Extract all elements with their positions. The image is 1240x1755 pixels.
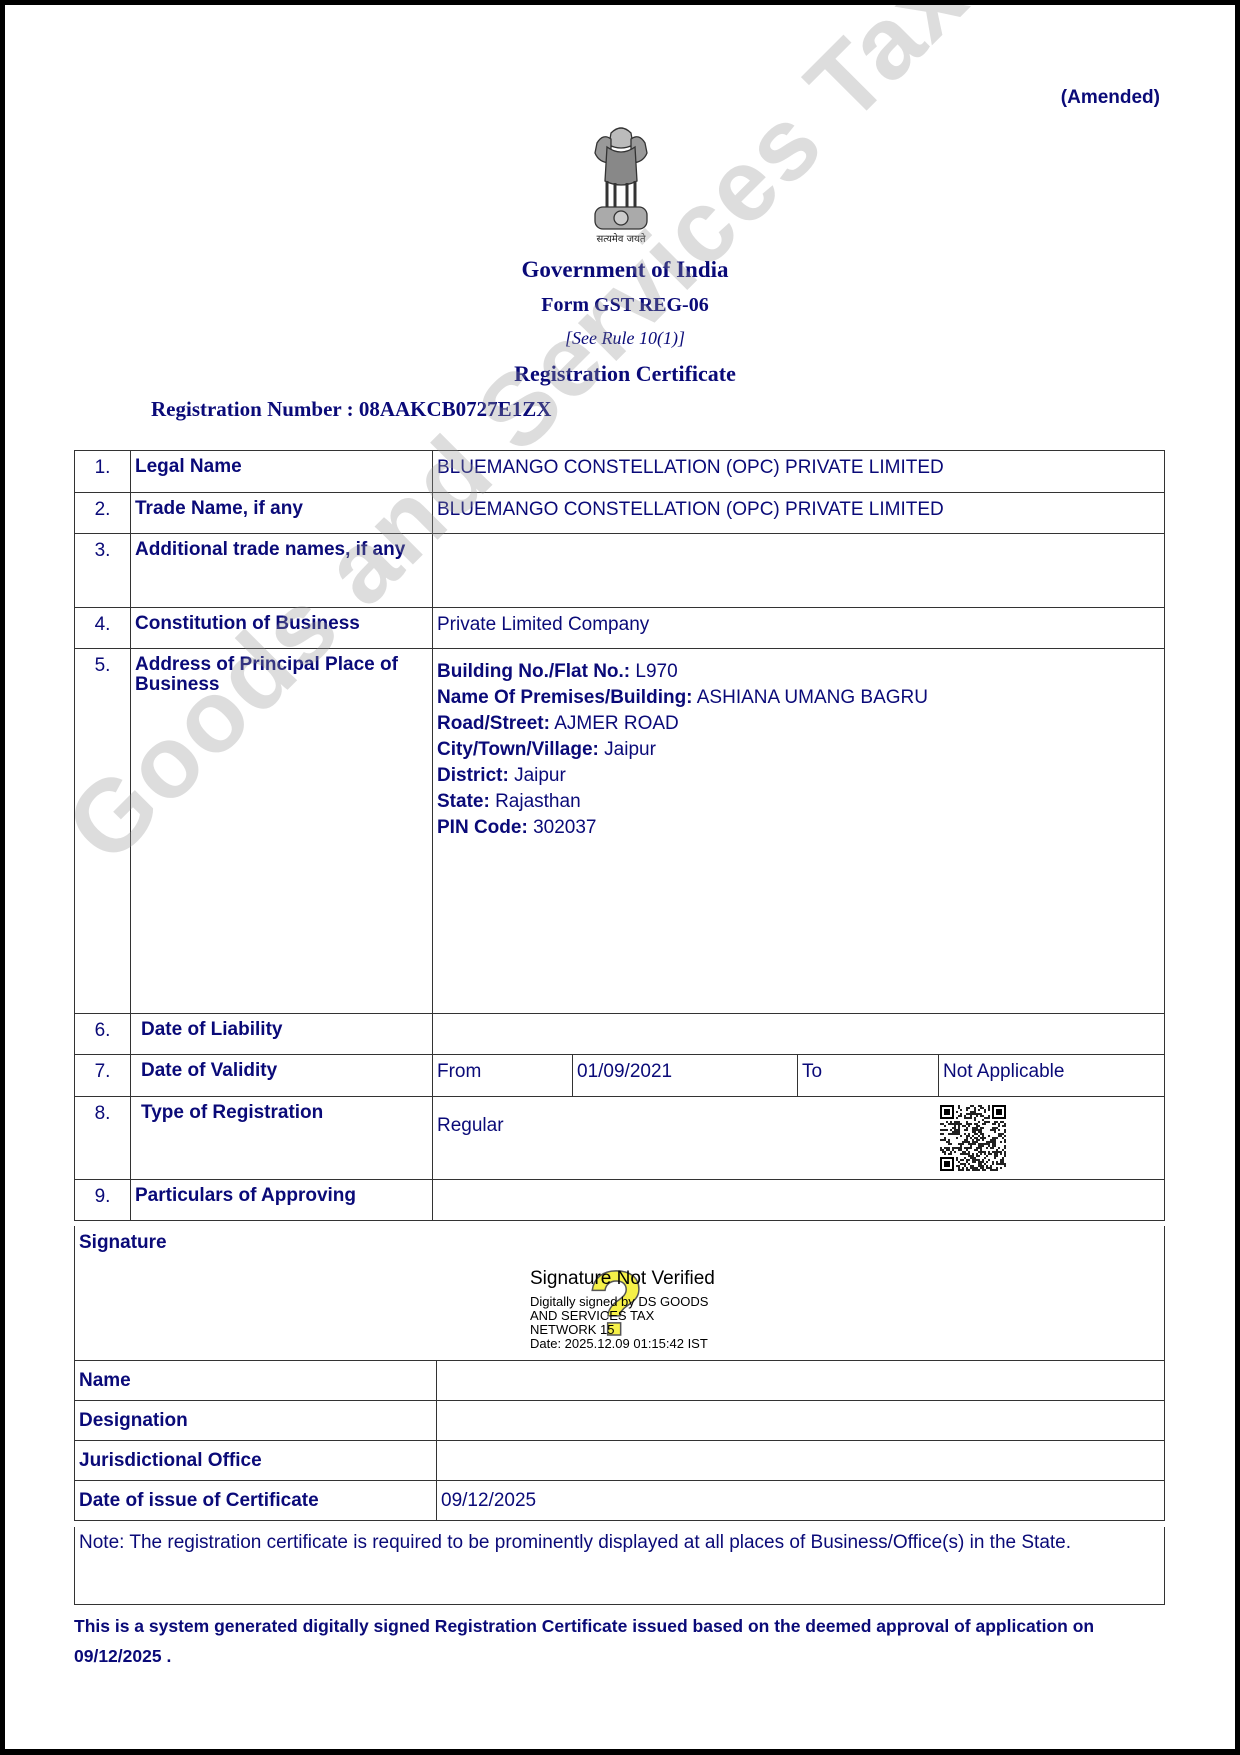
table-row: 7. Date of Validity From 01/09/2021 To N… (75, 1055, 1165, 1097)
issue-date-label: Date of issue of Certificate (75, 1481, 437, 1521)
validity-to-value: Not Applicable (939, 1055, 1165, 1097)
svg-text:सत्यमेव जयते: सत्यमेव जयते (596, 233, 645, 245)
validity-from-value: 01/09/2021 (573, 1055, 798, 1097)
certificate-title: Registration Certificate (5, 361, 1235, 387)
additional-trade-names-value (433, 534, 1165, 608)
address-line: District: Jaipur (437, 763, 1160, 789)
row-label: Type of Registration (131, 1097, 433, 1180)
issue-date-value: 09/12/2025 (437, 1481, 1165, 1521)
row-number: 9. (75, 1180, 131, 1221)
row-number: 4. (75, 608, 131, 649)
system-generated-footer: This is a system generated digitally sig… (74, 1611, 1174, 1671)
table-row: 5. Address of Principal Place of Busines… (75, 649, 1165, 1014)
table-row: 3. Additional trade names, if any (75, 534, 1165, 608)
row-number: 2. (75, 493, 131, 534)
row-number: 5. (75, 649, 131, 1014)
row-label: Date of Liability (131, 1014, 433, 1055)
amended-tag: (Amended) (1061, 87, 1160, 109)
row-number: 6. (75, 1014, 131, 1055)
designation-value (437, 1401, 1165, 1441)
table-row: 9. Particulars of Approving (75, 1180, 1165, 1221)
registration-number-value: 08AAKCB0727E1ZX (359, 397, 552, 421)
address-line: State: Rajasthan (437, 789, 1160, 815)
row-label: Particulars of Approving (131, 1180, 433, 1221)
certificate-page: (Amended) सत्यमेव जयते Government of Ind… (5, 5, 1235, 1749)
date-of-liability-value (433, 1014, 1165, 1055)
national-emblem-icon: सत्यमेव जयते (581, 123, 661, 245)
table-row: 4. Constitution of Business Private Limi… (75, 608, 1165, 649)
government-heading: Government of India (5, 257, 1235, 283)
display-note: Note: The registration certificate is re… (74, 1527, 1165, 1605)
jurisdictional-office-value (437, 1441, 1165, 1481)
constitution-value: Private Limited Company (433, 608, 1165, 649)
row-label: Additional trade names, if any (131, 534, 433, 608)
row-number: 3. (75, 534, 131, 608)
address-line: PIN Code: 302037 (437, 815, 1160, 841)
table-row: Date of issue of Certificate 09/12/2025 (75, 1481, 1165, 1521)
registration-details-table: 1. Legal Name BLUEMANGO CONSTELLATION (O… (74, 450, 1165, 1221)
registration-type-value: Regular (433, 1097, 1165, 1180)
registration-number-label: Registration Number : (151, 397, 354, 421)
signature-signer-cont: AND SERVICES TAX (530, 1309, 715, 1323)
signature-signer: Digitally signed by DS GOODS (530, 1295, 715, 1309)
officer-name-label: Name (75, 1361, 437, 1401)
table-row: 6. Date of Liability (75, 1014, 1165, 1055)
table-row: Designation (75, 1401, 1165, 1441)
trade-name-value: BLUEMANGO CONSTELLATION (OPC) PRIVATE LI… (433, 493, 1165, 534)
row-label: Constitution of Business (131, 608, 433, 649)
approving-particulars-value (433, 1180, 1165, 1221)
row-label: Address of Principal Place of Business (131, 649, 433, 1014)
legal-name-value: BLUEMANGO CONSTELLATION (OPC) PRIVATE LI… (433, 451, 1165, 493)
table-row: 2. Trade Name, if any BLUEMANGO CONSTELL… (75, 493, 1165, 534)
validity-to-label: To (798, 1055, 939, 1097)
qr-code-icon (940, 1105, 1006, 1171)
signature-section: Signature ? Signature Not Verified Digit… (74, 1226, 1165, 1361)
rule-reference: [See Rule 10(1)] (5, 328, 1235, 349)
table-row: Name (75, 1361, 1165, 1401)
signature-date: Date: 2025.12.09 01:15:42 IST (530, 1337, 715, 1351)
officer-details-table: Name Designation Jurisdictional Office D… (74, 1360, 1165, 1521)
row-number: 1. (75, 451, 131, 493)
address-value: Building No./Flat No.: L970 Name Of Prem… (433, 649, 1165, 1014)
jurisdictional-office-label: Jurisdictional Office (75, 1441, 437, 1481)
address-line: Name Of Premises/Building: ASHIANA UMANG… (437, 685, 1160, 711)
registration-number: Registration Number : 08AAKCB0727E1ZX (151, 397, 551, 422)
digital-signature-block[interactable]: ? Signature Not Verified Digitally signe… (530, 1268, 715, 1351)
address-line: Building No./Flat No.: L970 (437, 659, 1160, 685)
row-label: Date of Validity (131, 1055, 433, 1097)
table-row: 1. Legal Name BLUEMANGO CONSTELLATION (O… (75, 451, 1165, 493)
row-number: 8. (75, 1097, 131, 1180)
row-label: Legal Name (131, 451, 433, 493)
address-line: City/Town/Village: Jaipur (437, 737, 1160, 763)
form-title: Form GST REG-06 (5, 294, 1235, 317)
registration-type: Regular (437, 1115, 504, 1136)
signature-status: Signature Not Verified (530, 1268, 715, 1290)
designation-label: Designation (75, 1401, 437, 1441)
signature-details: Digitally signed by DS GOODS AND SERVICE… (530, 1295, 715, 1351)
signature-label: Signature (79, 1232, 167, 1254)
address-line: Road/Street: AJMER ROAD (437, 711, 1160, 737)
validity-from-label: From (433, 1055, 573, 1097)
row-label: Trade Name, if any (131, 493, 433, 534)
signature-signer-network: NETWORK 15 (530, 1323, 715, 1337)
table-row: Jurisdictional Office (75, 1441, 1165, 1481)
row-number: 7. (75, 1055, 131, 1097)
officer-name-value (437, 1361, 1165, 1401)
table-row: 8. Type of Registration Regular (75, 1097, 1165, 1180)
